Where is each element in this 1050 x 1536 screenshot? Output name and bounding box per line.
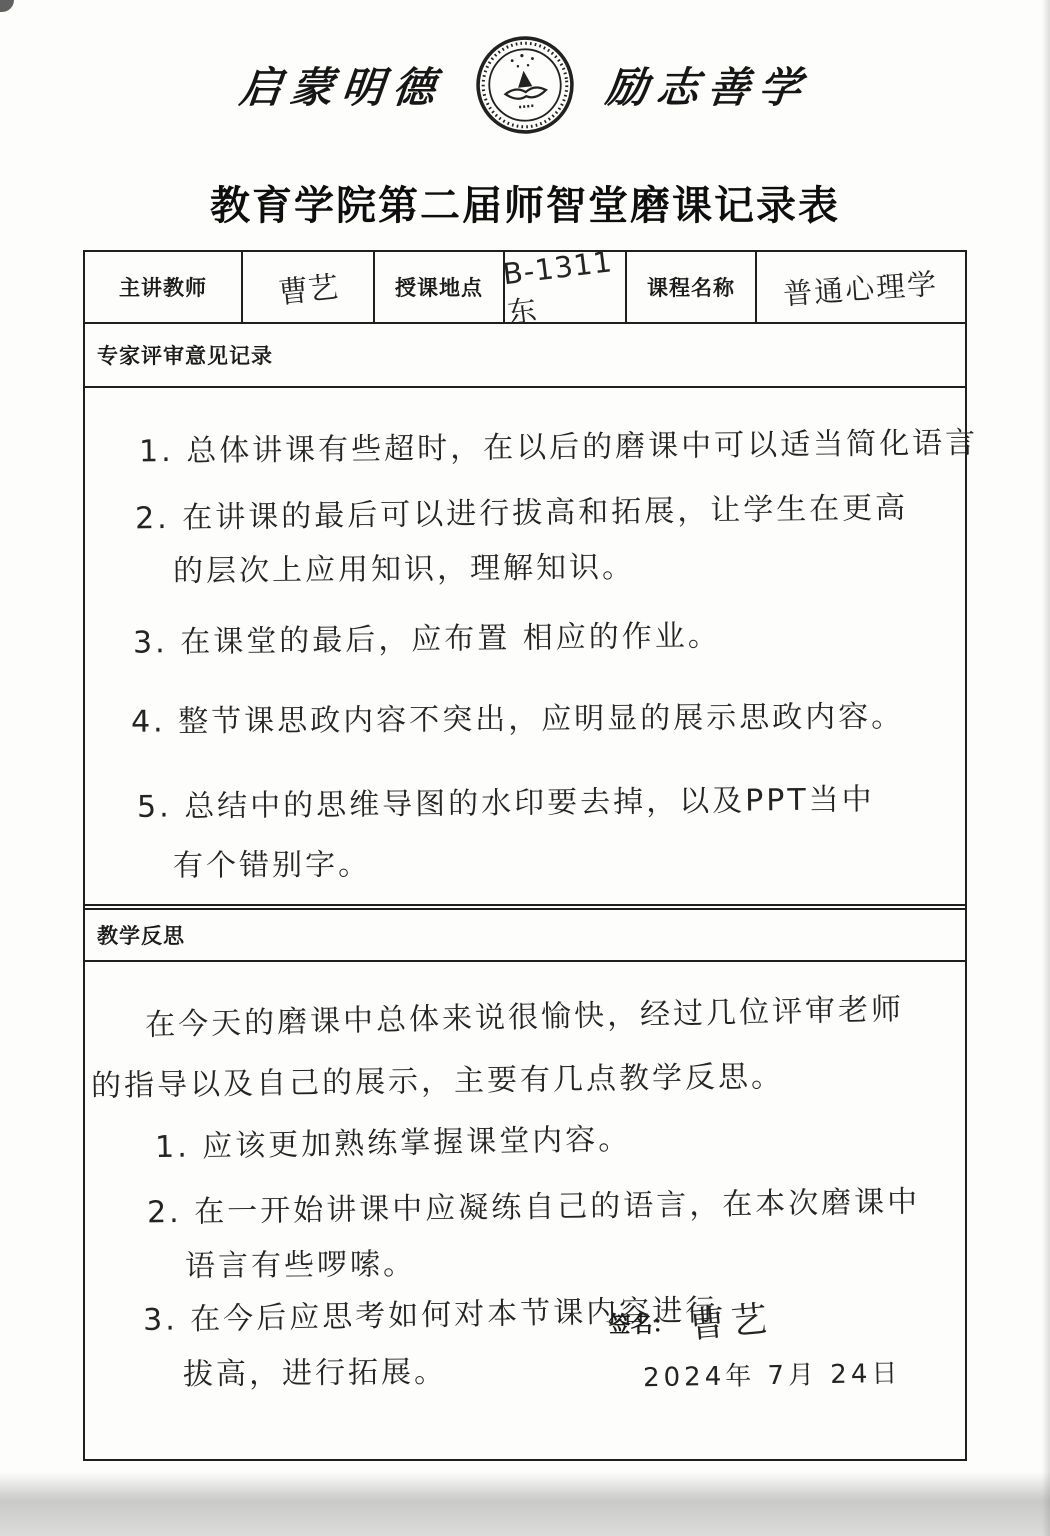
reflection-line-intro-1: 在今天的磨课中总体来说很愉快，经过几位评审老师: [145, 984, 905, 1044]
scan-bottom-edge: [0, 1472, 1050, 1536]
scan-corner-smudge: [0, 0, 14, 12]
location-handwritten-value: B-1311东: [501, 242, 629, 331]
reflection-area: 在今天的磨课中总体来说很愉快，经过几位评审老师 的指导以及自己的展示，主要有几点…: [85, 962, 965, 1459]
expert-comment-line-2b: 的层次上应用知识，理解知识。: [173, 542, 635, 590]
expert-comments-area: 1. 总体讲课有些超时，在以后的磨课中可以适当简化语言 2. 在讲课的最后可以进…: [85, 388, 965, 904]
scan-right-edge: [1042, 0, 1050, 1536]
course-value-cell: 普通心理学: [757, 252, 965, 322]
teacher-label: 主讲教师: [119, 272, 207, 302]
location-label-cell: 授课地点: [375, 252, 505, 322]
reflection-line-intro-2: 的指导以及自己的展示，主要有几点教学反思。: [91, 1051, 785, 1105]
teacher-handwritten-value: 曹艺: [276, 262, 340, 312]
form-title: 教育学院第二届师智堂磨课记录表: [0, 174, 1050, 231]
expert-comment-line-5a: 5. 总结中的思维导图的水印要去掉，以及PPT当中: [137, 774, 875, 826]
record-table: 主讲教师 曹艺 授课地点 B-1311东 课程名称 普通心理学 专家评审意见记录…: [83, 250, 967, 1461]
expert-comment-line-1: 1. 总体讲课有些超时，在以后的磨课中可以适当简化语言: [139, 418, 979, 471]
location-value-cell: B-1311东: [505, 252, 627, 322]
teacher-value-cell: 曹艺: [243, 252, 375, 322]
motto-left: 启蒙明德: [237, 55, 447, 115]
motto-right: 励志善学: [603, 55, 813, 115]
expert-comment-line-2a: 2. 在讲课的最后可以进行拔高和拓展，让学生在更高: [135, 483, 909, 538]
signature-label: 签名：: [609, 1308, 675, 1345]
expert-section-header: 专家评审意见记录: [85, 324, 965, 388]
reflection-section-header: 教学反思: [85, 904, 965, 962]
teacher-label-cell: 主讲教师: [85, 252, 243, 322]
signature-date: 2024年 7月 24日: [642, 1353, 901, 1395]
expert-comment-line-4: 4. 整节课思政内容不突出，应明显的展示思政内容。: [131, 691, 904, 740]
course-label: 课程名称: [647, 272, 735, 302]
course-label-cell: 课程名称: [627, 252, 757, 322]
reflection-line-item-1: 1. 应该更加熟练掌握课堂内容。: [155, 1114, 632, 1166]
university-seal-logo: [474, 34, 576, 136]
expert-section-label: 专家评审意见记录: [97, 340, 273, 370]
scanned-form-page: 启蒙明德 励志善学 教育学院第二届师智堂磨课记录表 主讲教师: [0, 0, 1050, 1536]
info-row: 主讲教师 曹艺 授课地点 B-1311东 课程名称 普通心理学: [85, 252, 965, 324]
reflection-line-item-2b: 语言有些啰嗦。: [185, 1239, 416, 1285]
reflection-line-item-2a: 2. 在一开始讲课中应凝练自己的语言，在本次磨课中: [147, 1177, 921, 1232]
reflection-section-label: 教学反思: [97, 920, 185, 950]
signature-handwritten-name: 曹艺: [687, 1290, 775, 1348]
location-label: 授课地点: [395, 272, 483, 302]
reflection-line-item-3b: 拔高，进行拓展。: [183, 1347, 447, 1394]
signature-block: 签名： 曹艺 2024年 7月 24日: [609, 1294, 901, 1392]
course-handwritten-value: 普通心理学: [782, 261, 939, 313]
expert-comment-line-3: 3. 在课堂的最后，应布置 相应的作业。: [133, 610, 721, 661]
expert-comment-line-5b: 有个错别字。: [173, 839, 371, 884]
header-brand: 启蒙明德 励志善学: [0, 34, 1050, 136]
signature-row: 签名： 曹艺: [609, 1294, 901, 1345]
